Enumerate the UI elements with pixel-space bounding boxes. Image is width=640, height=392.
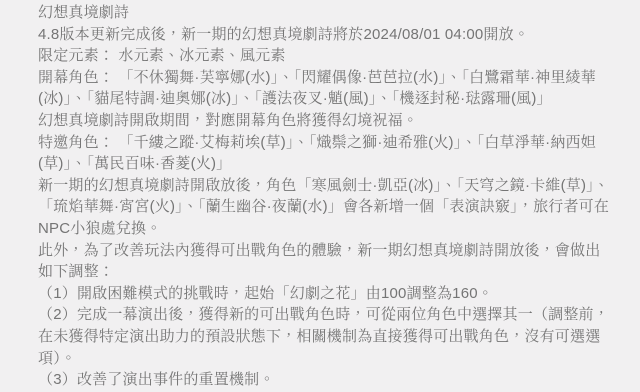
opening-characters-line: 開幕角色： 「不休獨舞·芙寧娜(水)」、「閃耀偶像·芭芭拉(水)」、「白鷺霜華·… (38, 67, 610, 110)
opening-blessing-line: 幻想真境劇詩開啟期間，對應開幕角色將獲得幻境祝福。 (38, 110, 610, 132)
invited-characters-line: 特邀角色： 「千縷之蹤·艾梅莉埃(草)」、「熾鬃之獅·迪希雅(火)」、「白草淨華… (38, 132, 610, 175)
update-open-time-line: 4.8版本更新完成後，新一期的幻想真境劇詩將於2024/08/01 04:00開… (38, 24, 610, 46)
adjustment-item-3: （3）改善了演出事件的重置機制。 (38, 369, 610, 391)
adjustments-intro-line: 此外，為了改善玩法內獲得可出戰角色的體驗，新一期幻想真境劇詩開放後，會做出如下調… (38, 240, 610, 283)
page-title: 幻想真境劇詩 (38, 2, 610, 24)
limited-elements-line: 限定元素： 水元素、冰元素、風元素 (38, 45, 610, 67)
announcement-body: 幻想真境劇詩 4.8版本更新完成後，新一期的幻想真境劇詩將於2024/08/01… (38, 2, 610, 391)
announcement-notice: 幻想真境劇詩 4.8版本更新完成後，新一期的幻想真境劇詩將於2024/08/01… (0, 0, 640, 392)
performance-tricks-line: 新一期的幻想真境劇詩開啟放後，角色「寒風劍士·凱亞(冰)」、「天穹之鏡·卡維(草… (38, 175, 610, 240)
adjustment-item-2: （2）完成一幕演出後，獲得新的可出戰角色時，可從兩位角色中選擇其一（調整前，在未… (38, 304, 610, 369)
adjustment-item-1: （1）開啟困難模式的挑戰時，起始「幻劇之花」由100調整為160。 (38, 283, 610, 305)
